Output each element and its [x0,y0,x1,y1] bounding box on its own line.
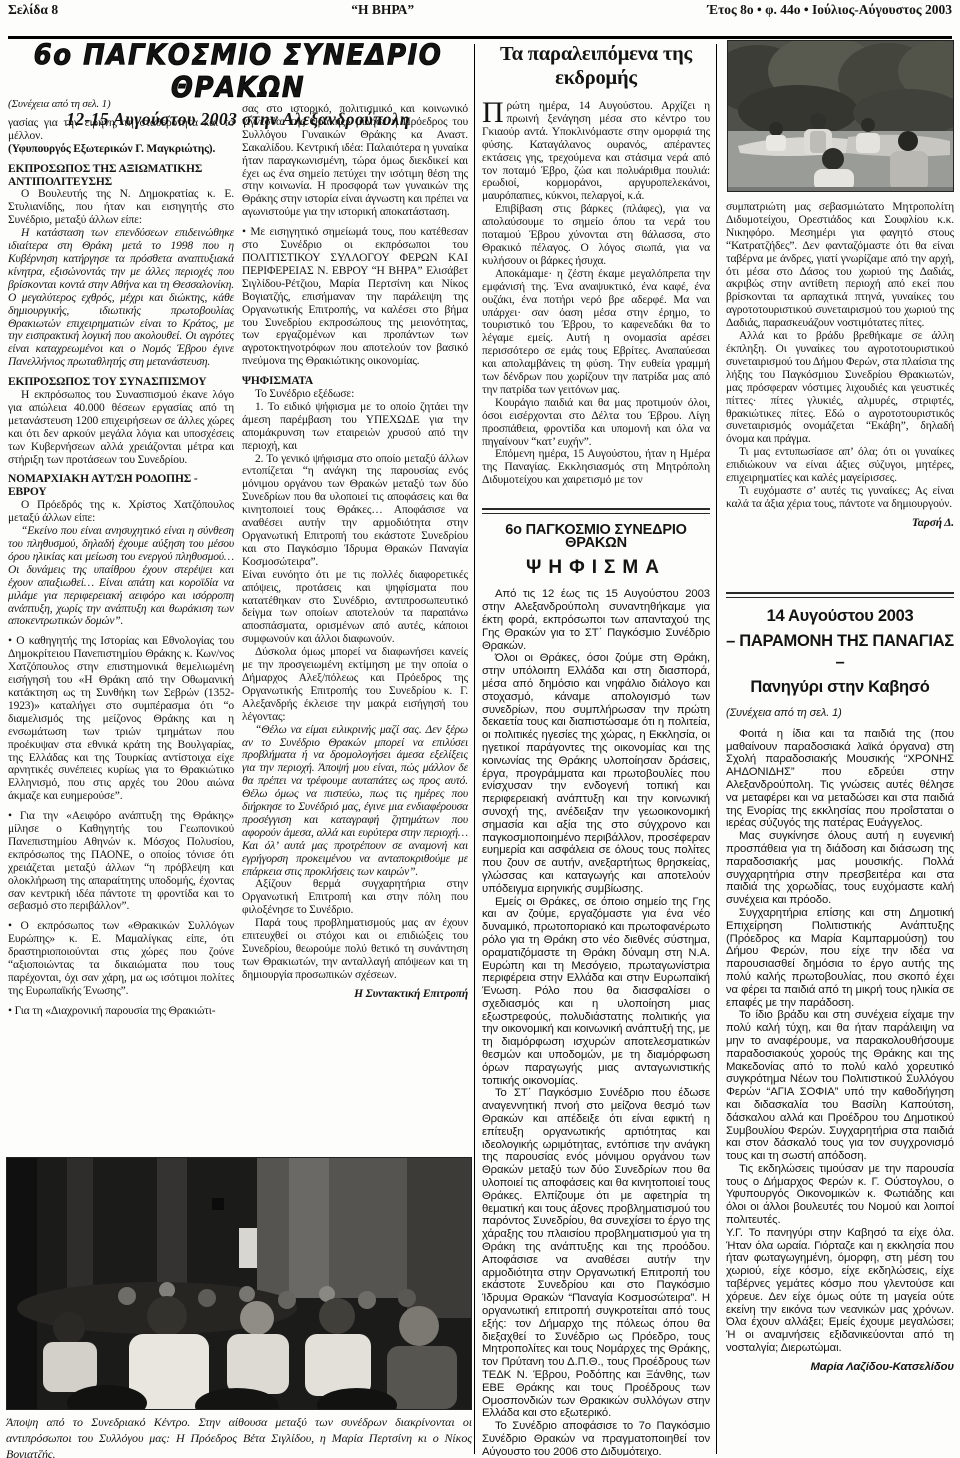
paragraph: συμπατριώτη μας σεβασμιώτατο Μητροπολίτη… [726,201,954,330]
photo-caption: Άποψη από το Συνεδριακό Κέντρο. Στην αίθ… [6,1414,472,1458]
conference-hall-photo [6,1157,472,1410]
paragraph: σας στο ιστορικό, πολιτισμικό και κοινων… [242,103,468,219]
issue-info: Έτος 8ο • φ. 44ο • Ιούλιος-Αύγουστος 200… [707,2,952,18]
resolution-box: 6ο ΠΑΓΚΟΣΜΙΟ ΣΥΝΕΔΡΙΟ ΘΡΑΚΩΝ ΨΗΦΙΣΜΑ Από… [482,508,710,1456]
paragraph: • Για την «Αειφόρο ανάπτυξη της Θράκης» … [8,810,234,913]
paragraph: • Για τη «Διαχρονική παρουσία της Θρακιώ… [8,1005,234,1018]
excursion-title: Τα παραλειπόμενα της εκδρομής [482,42,710,90]
paragraph: Από τις 12 έως τις 15 Αυγούστου 2003 στη… [482,588,710,652]
excursion-article: Τα παραλειπόμενα της εκδρομής Πρώτη ημέρ… [482,42,710,504]
paragraph: Το ΣΤ΄ Παγκόσμιο Συνέδριο που έδωσε αναγ… [482,1087,710,1420]
paragraph: Συγχαρητήρια επίσης και στη Δημοτική Επι… [726,907,954,1009]
boat-excursion-photo [727,40,954,192]
paragraph: Μας συγκίνησε όλους αυτή η ευγενική προσ… [726,830,954,907]
paragraph: Το Συνέδριο εξέδωσε: [242,388,468,401]
page-header: Σελίδα 8 “Η ΒΗΡΑ” Έτος 8ο • φ. 44ο • Ιού… [8,2,952,39]
excursion-body: Πρώτη ημέρα, 14 Αυγούστου. Αρχίζει η πρω… [482,100,710,487]
column-rule-left [474,44,475,1454]
resolution-subheading: ΨΗΦΙΣΜΑ [482,562,710,575]
paragraph: γασίας για την ειρήνη, τη σταθερότητα κα… [8,117,234,143]
column-rule-right [716,44,717,1454]
paragraph: (Υφυπουργός Εξωτερικών Γ. Μαγκριώτης). [8,143,234,156]
resolution-body: Από τις 12 έως τις 15 Αυγούστου 2003 στη… [482,588,710,1456]
resolution-heading: 6ο ΠΑΓΚΟΣΜΙΟ ΣΥΝΕΔΡΙΟ ΘΡΑΚΩΝ [482,524,710,550]
right-article1-body: συμπατριώτη μας σεβασμιώτατο Μητροπολίτη… [726,201,954,530]
paragraph: Δύσκολα όμως μπορεί να διαφωνήσει κανείς… [242,646,468,723]
newspaper-title: “Η ΒΗΡΑ” [351,2,414,18]
paragraph: Η Συντακτική Επιτροπή [242,988,468,1001]
paragraph: Η κατάσταση των επενδύσεων επιδεινώθηκε … [8,227,234,369]
continuation-note: (Συνέχεια από τη σελ. 1) [726,707,954,720]
lead-article-column-1: (Συνέχεια από τη σελ. 1)γασίας για την ε… [8,98,234,1154]
paragraph: Μαρία Λαζίδου-Κατσελίδου [726,1361,954,1374]
paragraph: Τι ευχόμαστε σ’ αυτές τις γυναίκες; Ας ε… [726,485,954,511]
paragraph: Το Συνέδριο αποφάσισε το 7ο Παγκόσμιο Συ… [482,1420,710,1456]
section-divider [482,508,710,514]
paragraph: • Ο εκπρόσωπος των «Θρακικών Συλλόγων Ευ… [8,920,234,997]
paragraph: “Θέλω να είμαι ειλικρινής μαζί σας. Δεν … [242,724,468,879]
festival-title-line-1: 14 Αυγούστου 2003 [726,606,954,627]
paragraph: Ο Πρόεδρός της κ. Χρίστος Χατζόπουλος με… [8,499,234,525]
paragraph: Πρώτη ημέρα, 14 Αυγούστου. Αρχίζει η πρω… [482,100,710,203]
lead-title: 6ο ΠΑΓΚΟΣΜΙΟ ΣΥΝΕΔΡΙΟ ΘΡΑΚΩΝ [8,40,468,105]
paragraph: Τις εκδηλώσεις τιμούσαν με την παρουσία … [726,1163,954,1227]
section-divider [726,592,954,598]
right-column-article-1: συμπατριώτη μας σεβασμιώτατο Μητροπολίτη… [726,40,954,590]
paragraph: • Με εισηγητικό σημείωμά τους, που κατέθ… [242,226,468,368]
paragraph: Εμείς οι Θράκες, σε όποιο σημείο της Γης… [482,896,710,1088]
paragraph: Αποκάμαμε· η ζέστη έκαμε μεγαλόπρεπα την… [482,268,710,397]
paragraph: • Ο καθηγητής της Ιστορίας και Εθνολογία… [8,635,234,803]
paragraph: 2. Το γενικό ψήφισμα στο οποίο μεταξύ άλ… [242,453,468,569]
paragraph: Όλοι οι Θράκες, όσοι ζούμε στη Θράκη, στ… [482,652,710,895]
paragraph: Το ίδιο βράδυ και στη συνέχεια είχαμε τη… [726,1009,954,1163]
paragraph: ΨΗΦΙΣΜΑΤΑ [242,375,468,388]
paragraph: Αλλά και το βράδυ βρεθήκαμε σε άλλη έκπλ… [726,330,954,446]
paragraph: Είναι ευνόητο ότι με τις πολλές διαφορετ… [242,569,468,646]
paragraph: Ταρσή Δ. [726,517,954,530]
paragraph: Αξίζουν θερμά συγχαρητήρια στην Οργανωτι… [242,878,468,917]
paragraph: ΕΚΠΡΟΣΩΠΟΣ ΤΗΣ ΑΞΙΩΜΑΤΙΚΗΣ ΑΝΤΙΠΟΛΙΤΕΥΣΗ… [8,163,234,189]
paragraph: “Εκείνο που είναι ανησυχητικό είναι η σύ… [8,525,234,628]
newspaper-page: Σελίδα 8 “Η ΒΗΡΑ” Έτος 8ο • φ. 44ο • Ιού… [0,0,960,1458]
festival-title-line-2: – ΠΑΡΑΜΟΝΗ ΤΗΣ ΠΑΝΑΓΙΑΣ – [726,631,954,673]
page-number: Σελίδα 8 [8,2,58,18]
paragraph: (Συνέχεια από τη σελ. 1) [8,98,234,111]
paragraph: Επιβίβαση στις βάρκες (πλάφες), για να α… [482,203,710,268]
paragraph: Η εκπρόσωπος του Συνασπισμού έκανε λόγο … [8,389,234,466]
festival-title-line-3: Πανηγύρι στην Καβησό [726,677,954,698]
paragraph: Τι μας εντυπωσίασε απ’ όλα; ότι οι γυναί… [726,446,954,485]
paragraph: Υ.Γ. Το πανηγύρι στην Καβησό τα είχε όλα… [726,1227,954,1355]
paragraph: Ο Βουλευτής της Ν. Δημοκρατίας κ. Ε. Στυ… [8,188,234,227]
paragraph: ΝΟΜΑΡΧΙΑΚΗ ΑΥΤ/ΣΗ ΡΟΔΟΠΗΣ - ΕΒΡΟΥ [8,473,234,499]
paragraph: Κουράγιο παιδιά και θα μας προτιμούν όλο… [482,397,710,449]
right-column-article-2: 14 Αυγούστου 2003 – ΠΑΡΑΜΟΝΗ ΤΗΣ ΠΑΝΑΓΙΑ… [726,592,954,1458]
paragraph: Επόμενη ημέρα, 15 Αυγούστου, ήταν η Ημέρ… [482,448,710,487]
paragraph: Παρά τους προβληματισμούς μας αν έχουν ε… [242,917,468,982]
paragraph: Φοιτά η ίδια και τα παιδιά της (που μαθα… [726,728,954,830]
paragraph: 1. Το ειδικό ψήφισμα με το οποίο ζητάει … [242,401,468,453]
lead-article-column-2: σας στο ιστορικό, πολιτισμικό και κοινων… [242,103,468,1153]
paragraph: ΕΚΠΡΟΣΩΠΟΣ ΤΟΥ ΣΥΝΑΣΠΙΣΜΟΥ [8,376,234,389]
festival-article-body: Φοιτά η ίδια και τα παιδιά της (που μαθα… [726,728,954,1374]
